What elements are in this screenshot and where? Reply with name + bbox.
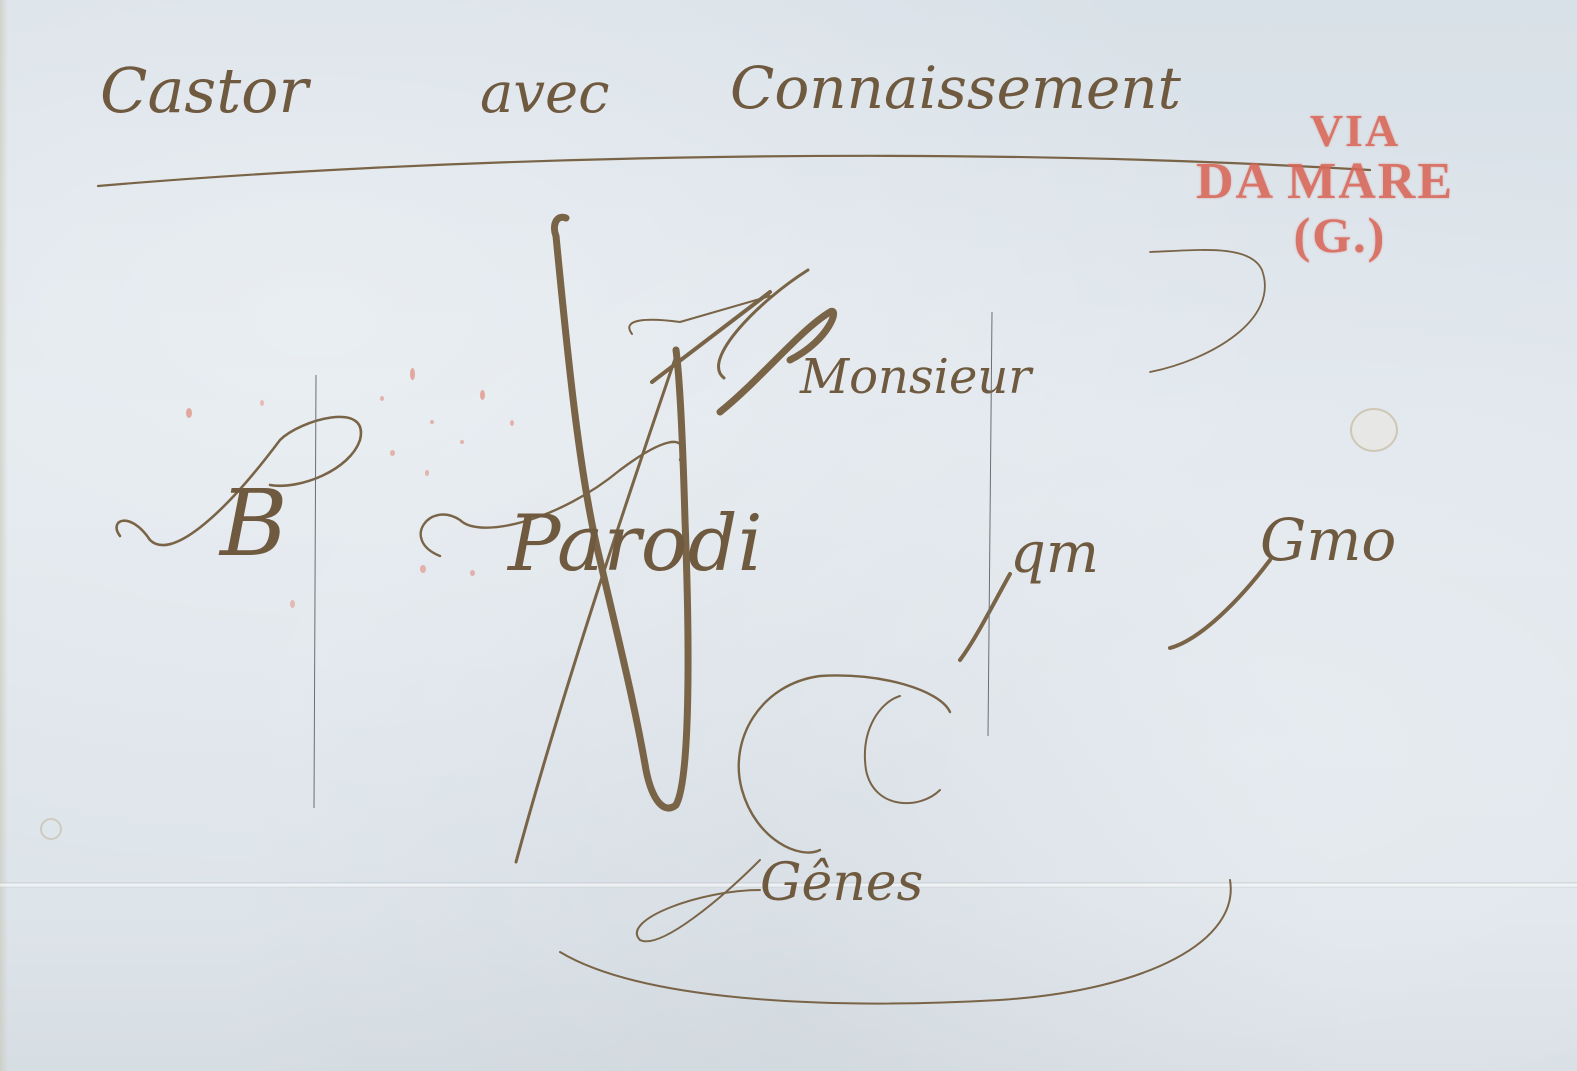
letter-cover: Castor avec Connaissement N Monsieur B P… xyxy=(0,0,1577,1071)
salutation-text: Monsieur xyxy=(799,349,1034,405)
postal-handstamp: VIA DA MARE (G.) xyxy=(1180,108,1470,278)
routing-note-word: Connaissement xyxy=(730,54,1182,122)
address-name-part: Parodi xyxy=(506,499,763,589)
address-name-part: qm xyxy=(1010,521,1099,586)
address-initial: B xyxy=(218,470,288,577)
handstamp-line: (G.) xyxy=(1180,210,1470,260)
handstamp-line: VIA xyxy=(1180,108,1470,154)
address-city: Gênes xyxy=(760,853,923,913)
address-name-part: Gmo xyxy=(1260,506,1396,574)
city-flourish xyxy=(739,675,950,852)
routing-note-word: avec xyxy=(480,61,610,126)
handstamp-line: DA MARE xyxy=(1180,156,1470,208)
salutation-flourish xyxy=(629,296,770,334)
routing-note-word: Castor xyxy=(100,54,311,127)
pencil-guide-line xyxy=(314,375,316,808)
